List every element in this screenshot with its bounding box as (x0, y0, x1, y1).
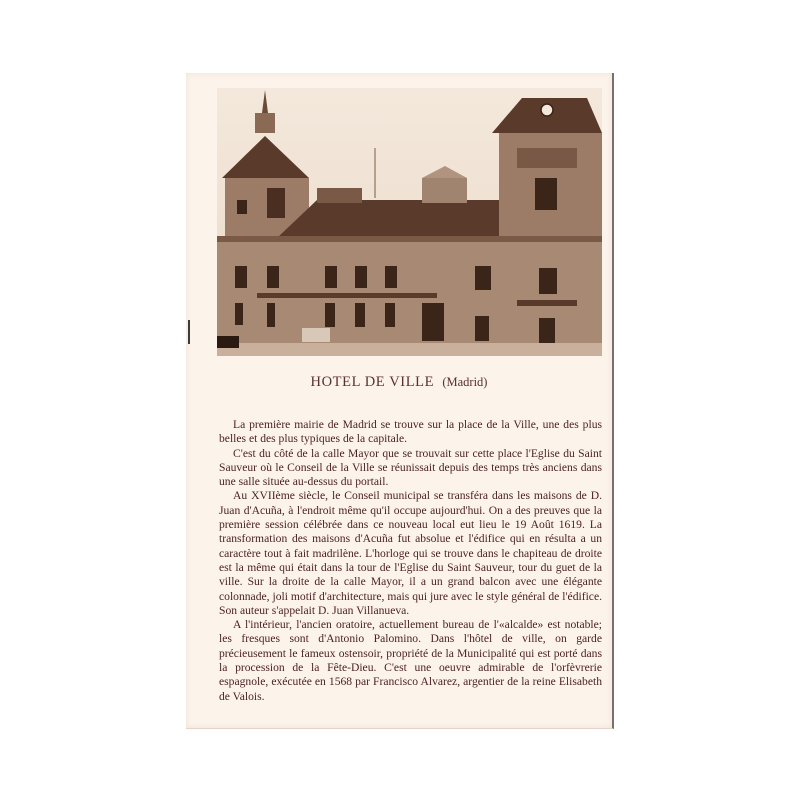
building-illustration (217, 88, 602, 356)
postcard: HOTEL DE VILLE (Madrid) La première mair… (186, 73, 614, 729)
town-hall-photo (217, 88, 602, 356)
paragraph: Au XVIIème siècle, le Conseil municipal … (219, 489, 602, 618)
description-text: La première mairie de Madrid se trouve s… (219, 418, 602, 704)
paragraph: A l'intérieur, l'ancien oratoire, actuel… (219, 618, 602, 704)
scan-edge-mark (188, 320, 190, 344)
title-sub: (Madrid) (442, 375, 487, 389)
title-main: HOTEL DE VILLE (311, 374, 435, 390)
page-title: HOTEL DE VILLE (Madrid) (186, 374, 612, 391)
paragraph: La première mairie de Madrid se trouve s… (219, 418, 602, 447)
paragraph: C'est du côté de la calle Mayor que se t… (219, 447, 602, 490)
